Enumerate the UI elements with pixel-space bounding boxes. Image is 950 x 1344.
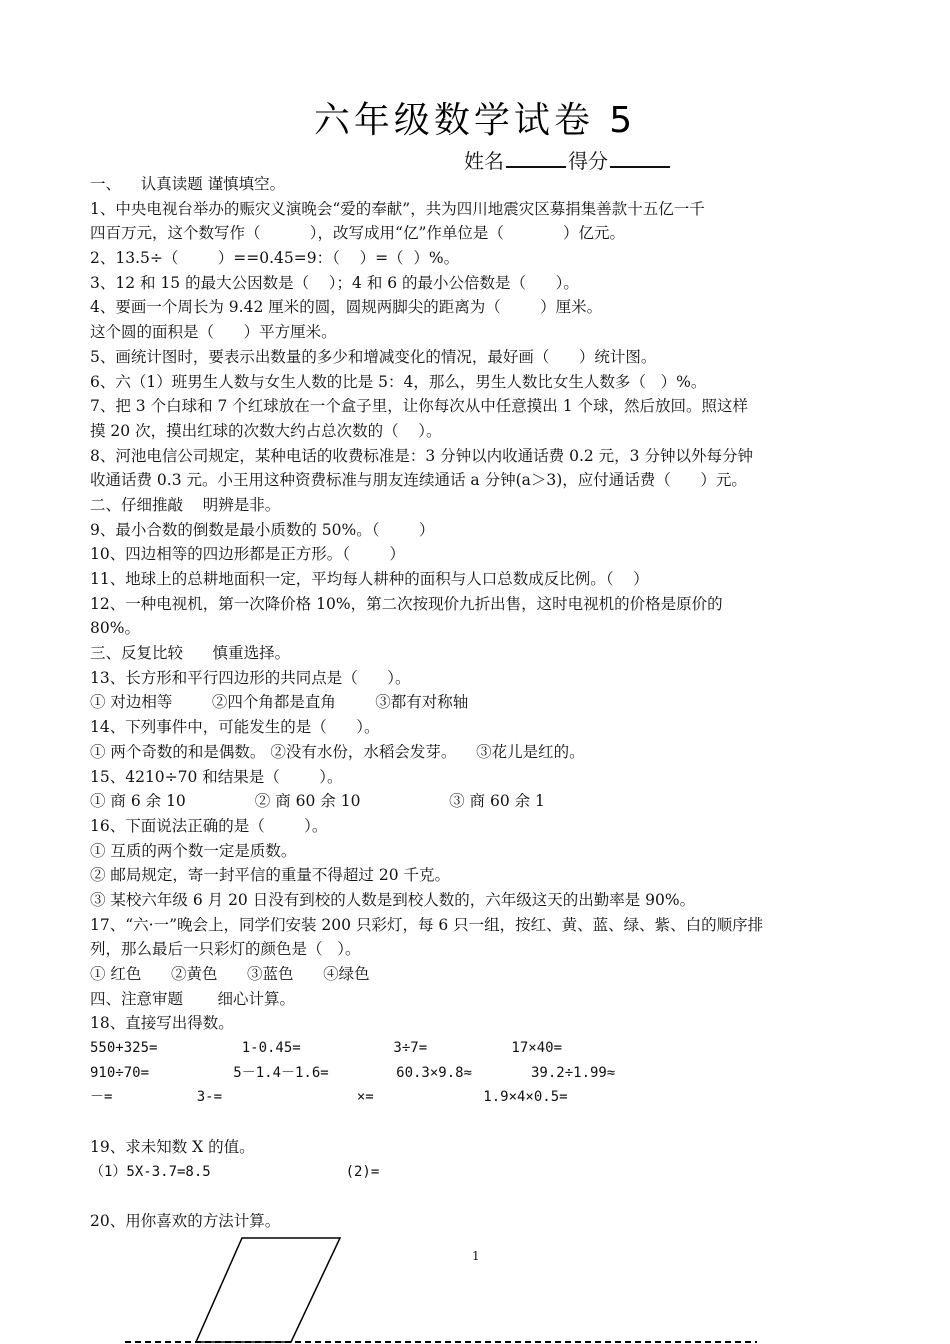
parallelogram-figure: [0, 0, 950, 1344]
page-number: 1: [472, 1249, 480, 1263]
